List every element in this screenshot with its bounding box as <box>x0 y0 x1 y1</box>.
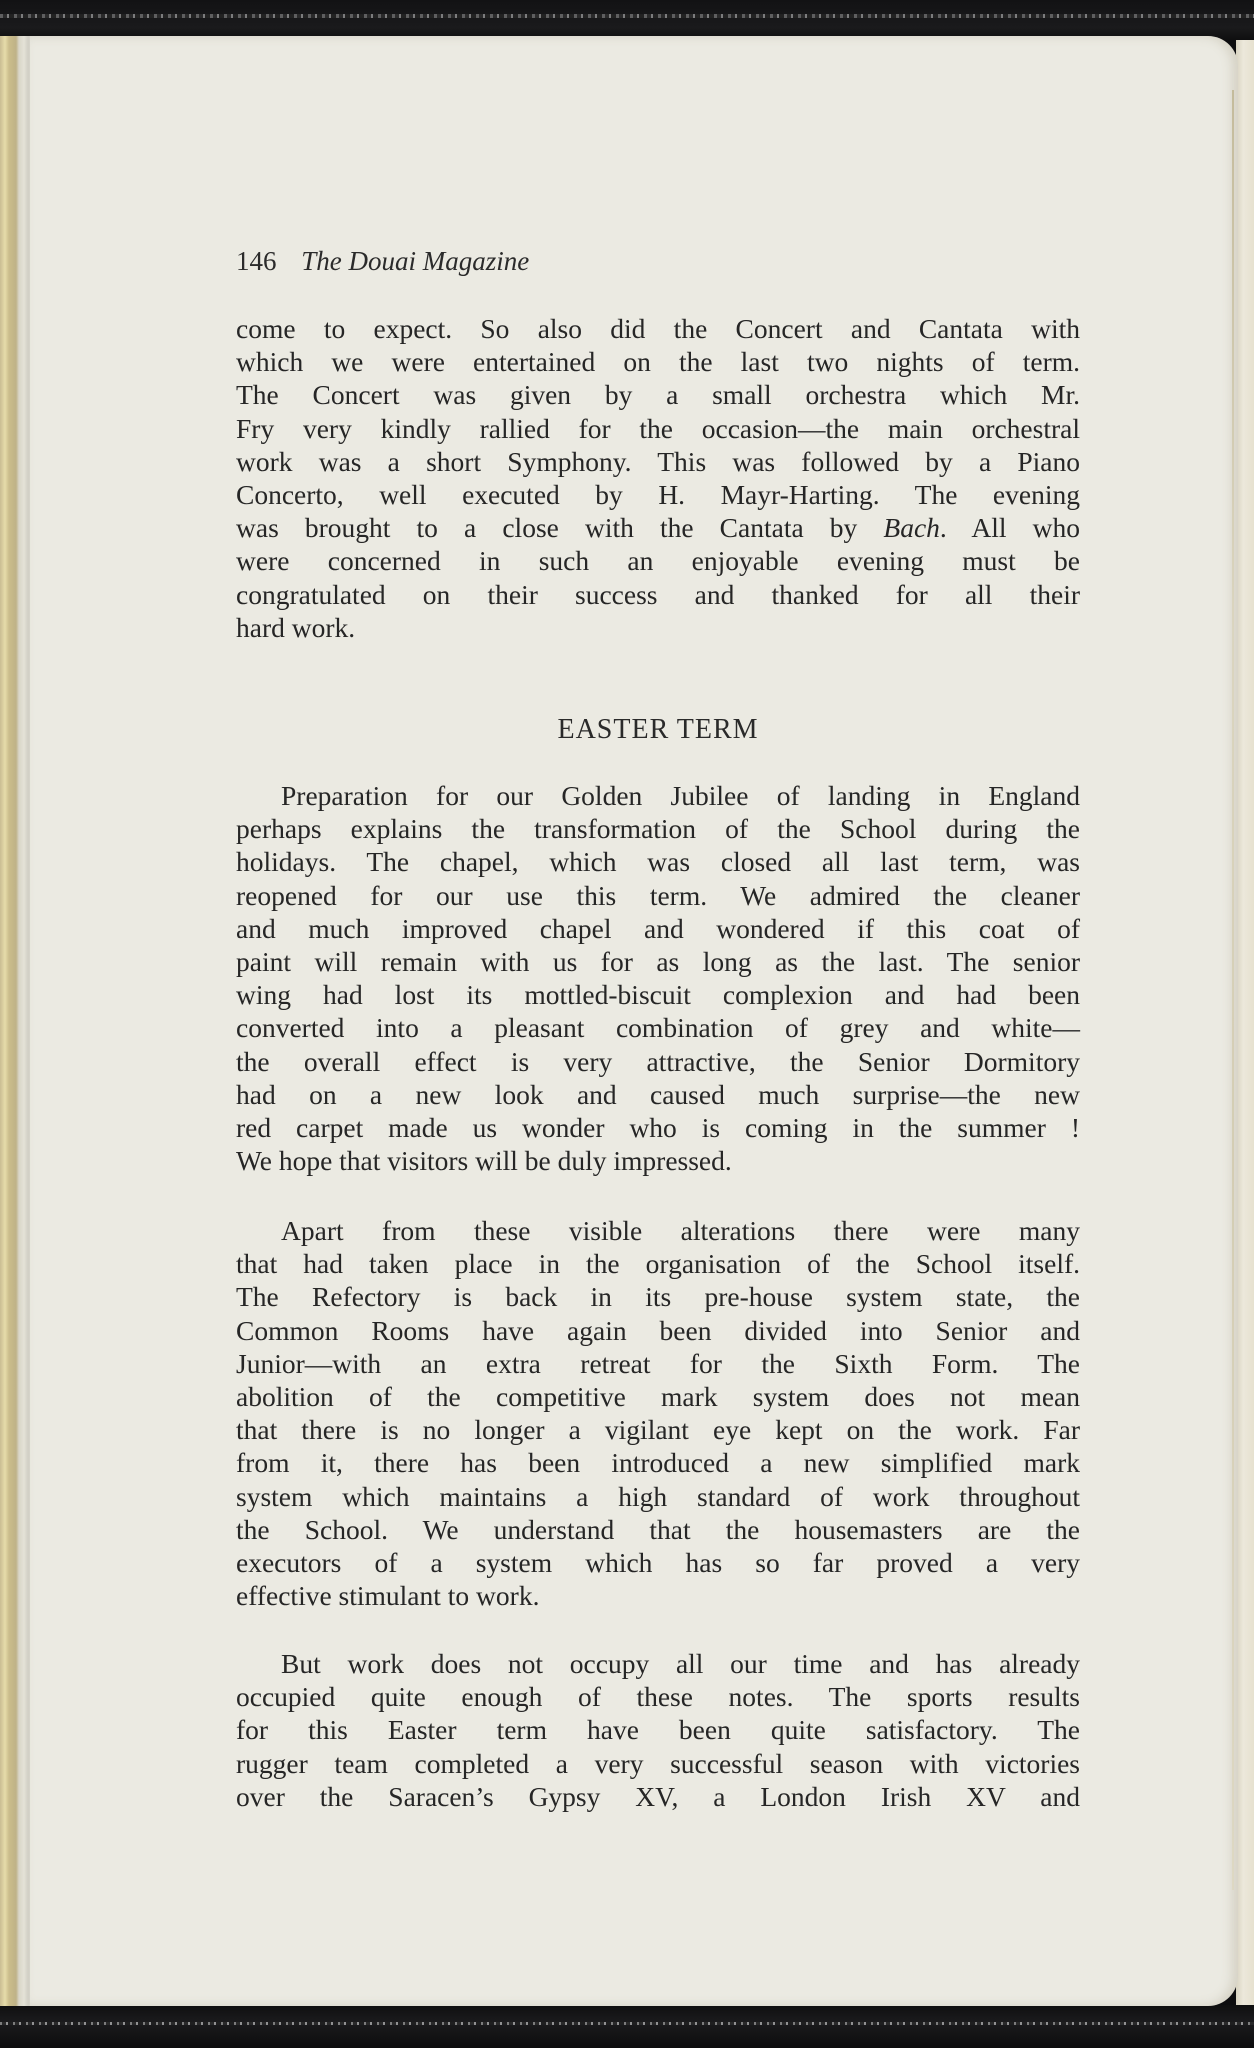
book-gutter <box>1232 90 1234 1890</box>
text-line: Concerto, well executed by H. Mayr-Harti… <box>236 478 1080 511</box>
text-line-with-italic: was brought to a close with the Cantata … <box>236 511 1080 544</box>
book-cover-top <box>0 0 1254 40</box>
text-line: effective stimulant to work. <box>236 1579 1080 1612</box>
text-line: The Concert was given by a small orchest… <box>236 378 1080 411</box>
text-line: red carpet made us wonder who is coming … <box>236 1111 1080 1144</box>
composer-name: Bach <box>883 512 940 543</box>
text-line: the School. We understand that the house… <box>236 1513 1080 1546</box>
text-line: that had taken place in the organisation… <box>236 1247 1080 1280</box>
text-line: reopened for our use this term. We admir… <box>236 879 1080 912</box>
cover-fringe-top <box>0 14 1254 18</box>
text-line: were concerned in such an enjoyable even… <box>236 544 1080 577</box>
text-line: The Refectory is back in its pre-house s… <box>236 1280 1080 1313</box>
text-line: for this Easter term have been quite sat… <box>236 1713 1080 1746</box>
text-line: abolition of the competitive mark system… <box>236 1380 1080 1413</box>
facing-page-edge <box>1236 40 1254 2005</box>
continuation-paragraph: come to expect. So also did the Concert … <box>236 312 1080 644</box>
text-line: holidays. The chapel, which was closed a… <box>236 845 1080 878</box>
text-line: which we were entertained on the last tw… <box>236 345 1080 378</box>
text-line: the overall effect is very attractive, t… <box>236 1045 1080 1078</box>
text-line: Common Rooms have again been divided int… <box>236 1314 1080 1347</box>
text-line: come to expect. So also did the Concert … <box>236 312 1080 345</box>
text-line: Apart from these visible alterations the… <box>236 1214 1080 1247</box>
text-line: paint will remain with us for as long as… <box>236 945 1080 978</box>
cover-fringe-bottom <box>0 2022 1254 2025</box>
text-line: perhaps explains the transformation of t… <box>236 812 1080 845</box>
text-line: Fry very kindly rallied for the occasion… <box>236 412 1080 445</box>
text-line: that there is no longer a vigilant eye k… <box>236 1413 1080 1446</box>
text-line: over the Saracen’s Gypsy XV, a London Ir… <box>236 1780 1080 1813</box>
text-line: rugger team completed a very successful … <box>236 1747 1080 1780</box>
text-line: hard work. <box>236 611 1080 644</box>
magazine-title: The Douai Magazine <box>301 246 529 276</box>
text-line: executors of a system which has so far p… <box>236 1546 1080 1579</box>
running-head: 146 The Douai Magazine <box>236 246 529 277</box>
page-number: 146 <box>236 246 277 276</box>
text-line: system which maintains a high standard o… <box>236 1480 1080 1513</box>
text-line: had on a new look and caused much surpri… <box>236 1078 1080 1111</box>
text-line: But work does not occupy all our time an… <box>236 1647 1080 1680</box>
text-line: work was a short Symphony. This was foll… <box>236 445 1080 478</box>
text-line: and much improved chapel and wondered if… <box>236 912 1080 945</box>
book-cover-bottom <box>0 2005 1254 2048</box>
text-line: from it, there has been introduced a new… <box>236 1446 1080 1479</box>
text-line: converted into a pleasant combination of… <box>236 1011 1080 1044</box>
text-line: wing had lost its mottled-biscuit comple… <box>236 978 1080 1011</box>
text-fragment: . All who <box>940 512 1080 543</box>
section-heading: EASTER TERM <box>236 714 1080 746</box>
text-line: congratulated on their success and thank… <box>236 578 1080 611</box>
paragraph-organisation: Apart from these visible alterations the… <box>236 1214 1080 1612</box>
text-line: Preparation for our Golden Jubilee of la… <box>236 779 1080 812</box>
text-line: Junior—with an extra retreat for the Six… <box>236 1347 1080 1380</box>
text-line: We hope that visitors will be duly impre… <box>236 1144 1080 1177</box>
paragraph-sports: But work does not occupy all our time an… <box>236 1647 1080 1813</box>
text-line: occupied quite enough of these notes. Th… <box>236 1680 1080 1713</box>
paragraph-golden-jubilee: Preparation for our Golden Jubilee of la… <box>236 779 1080 1177</box>
text-fragment: was brought to a close with the Cantata … <box>236 512 883 543</box>
